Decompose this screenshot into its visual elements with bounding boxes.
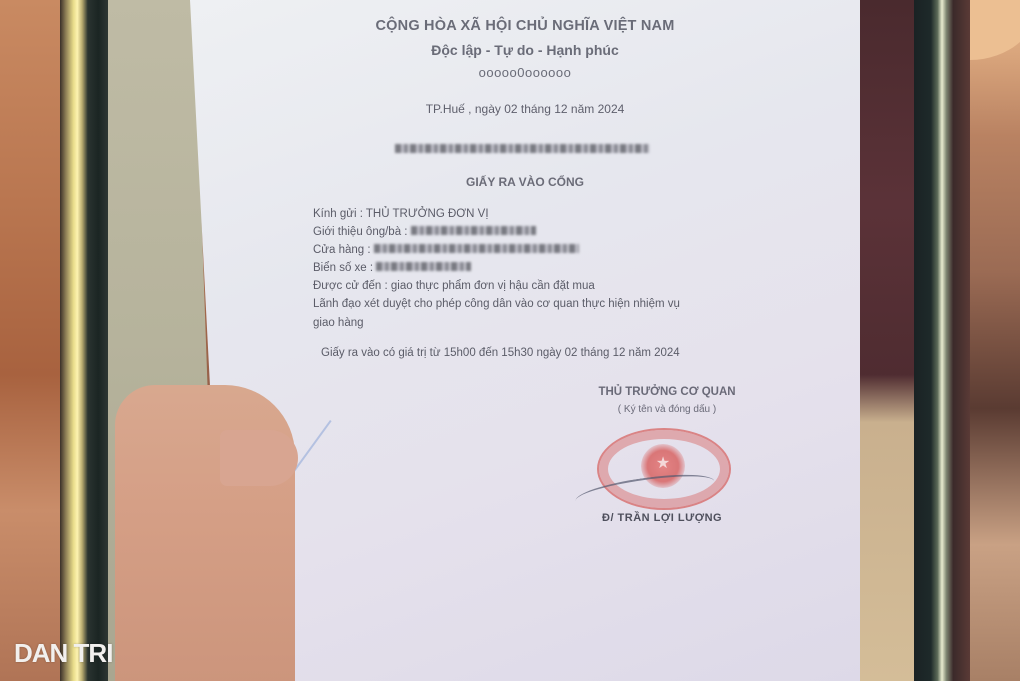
redaction-blur — [395, 144, 650, 153]
field-plate: Biển số xe : — [313, 262, 471, 274]
document-title: GIẤY RA VÀO CỔNG — [190, 175, 860, 189]
photo-scene: CỘNG HÒA XÃ HỘI CHỦ NGHĨA VIỆT NAM Độc l… — [0, 0, 1020, 681]
redaction-blur — [376, 262, 471, 271]
signer-name: Đ/ TRẦN LỢI LƯỢNG — [602, 512, 722, 524]
country-header: CỘNG HÒA XÃ HỘI CHỦ NGHĨA VIỆT NAM — [190, 18, 860, 34]
approval-line-2: giao hàng — [313, 317, 364, 329]
phone-frame-left — [60, 0, 108, 681]
assigned-to: Được cử đến : giao thực phẩm đơn vị hậu … — [313, 280, 595, 292]
redaction-blur — [411, 226, 536, 235]
motto: Độc lập - Tự do - Hạnh phúc — [190, 42, 860, 58]
dantri-watermark-logo: DAN TRI — [14, 638, 112, 669]
validity-period: Giấy ra vào có giá trị từ 15h00 đến 15h3… — [321, 347, 680, 359]
background-hand-left — [0, 0, 66, 681]
field-label: Cửa hàng — [313, 244, 364, 256]
header-separator: ooooo0oooooo — [190, 65, 860, 80]
gate-pass-document: CỘNG HÒA XÃ HỘI CHỦ NGHĨA VIỆT NAM Độc l… — [190, 0, 860, 681]
issuer-redacted — [395, 140, 650, 152]
field-label: Kính gửi — [313, 208, 357, 220]
phone-screen-right-reflection — [858, 0, 914, 681]
field-value: THỦ TRƯỞNG ĐƠN VỊ — [366, 208, 489, 220]
field-introduce: Giới thiệu ông/bà : — [313, 226, 536, 238]
date-line: TP.Huế , ngày 02 tháng 12 năm 2024 — [190, 102, 860, 116]
phone-frame-right — [914, 0, 970, 681]
field-store: Cửa hàng : — [313, 244, 579, 256]
signature-title: THỦ TRƯỞNG CƠ QUAN — [582, 386, 752, 398]
field-label: Giới thiệu ông/bà — [313, 226, 401, 238]
field-recipient: Kính gửi : THỦ TRƯỞNG ĐƠN VỊ — [313, 208, 489, 220]
redaction-blur — [374, 244, 579, 253]
background-right — [970, 0, 1020, 681]
approval-line-1: Lãnh đạo xét duyệt cho phép công dân vào… — [313, 298, 680, 310]
signature-subtitle: ( Ký tên và đóng dấu ) — [582, 404, 752, 415]
field-label: Biển số xe — [313, 262, 367, 274]
